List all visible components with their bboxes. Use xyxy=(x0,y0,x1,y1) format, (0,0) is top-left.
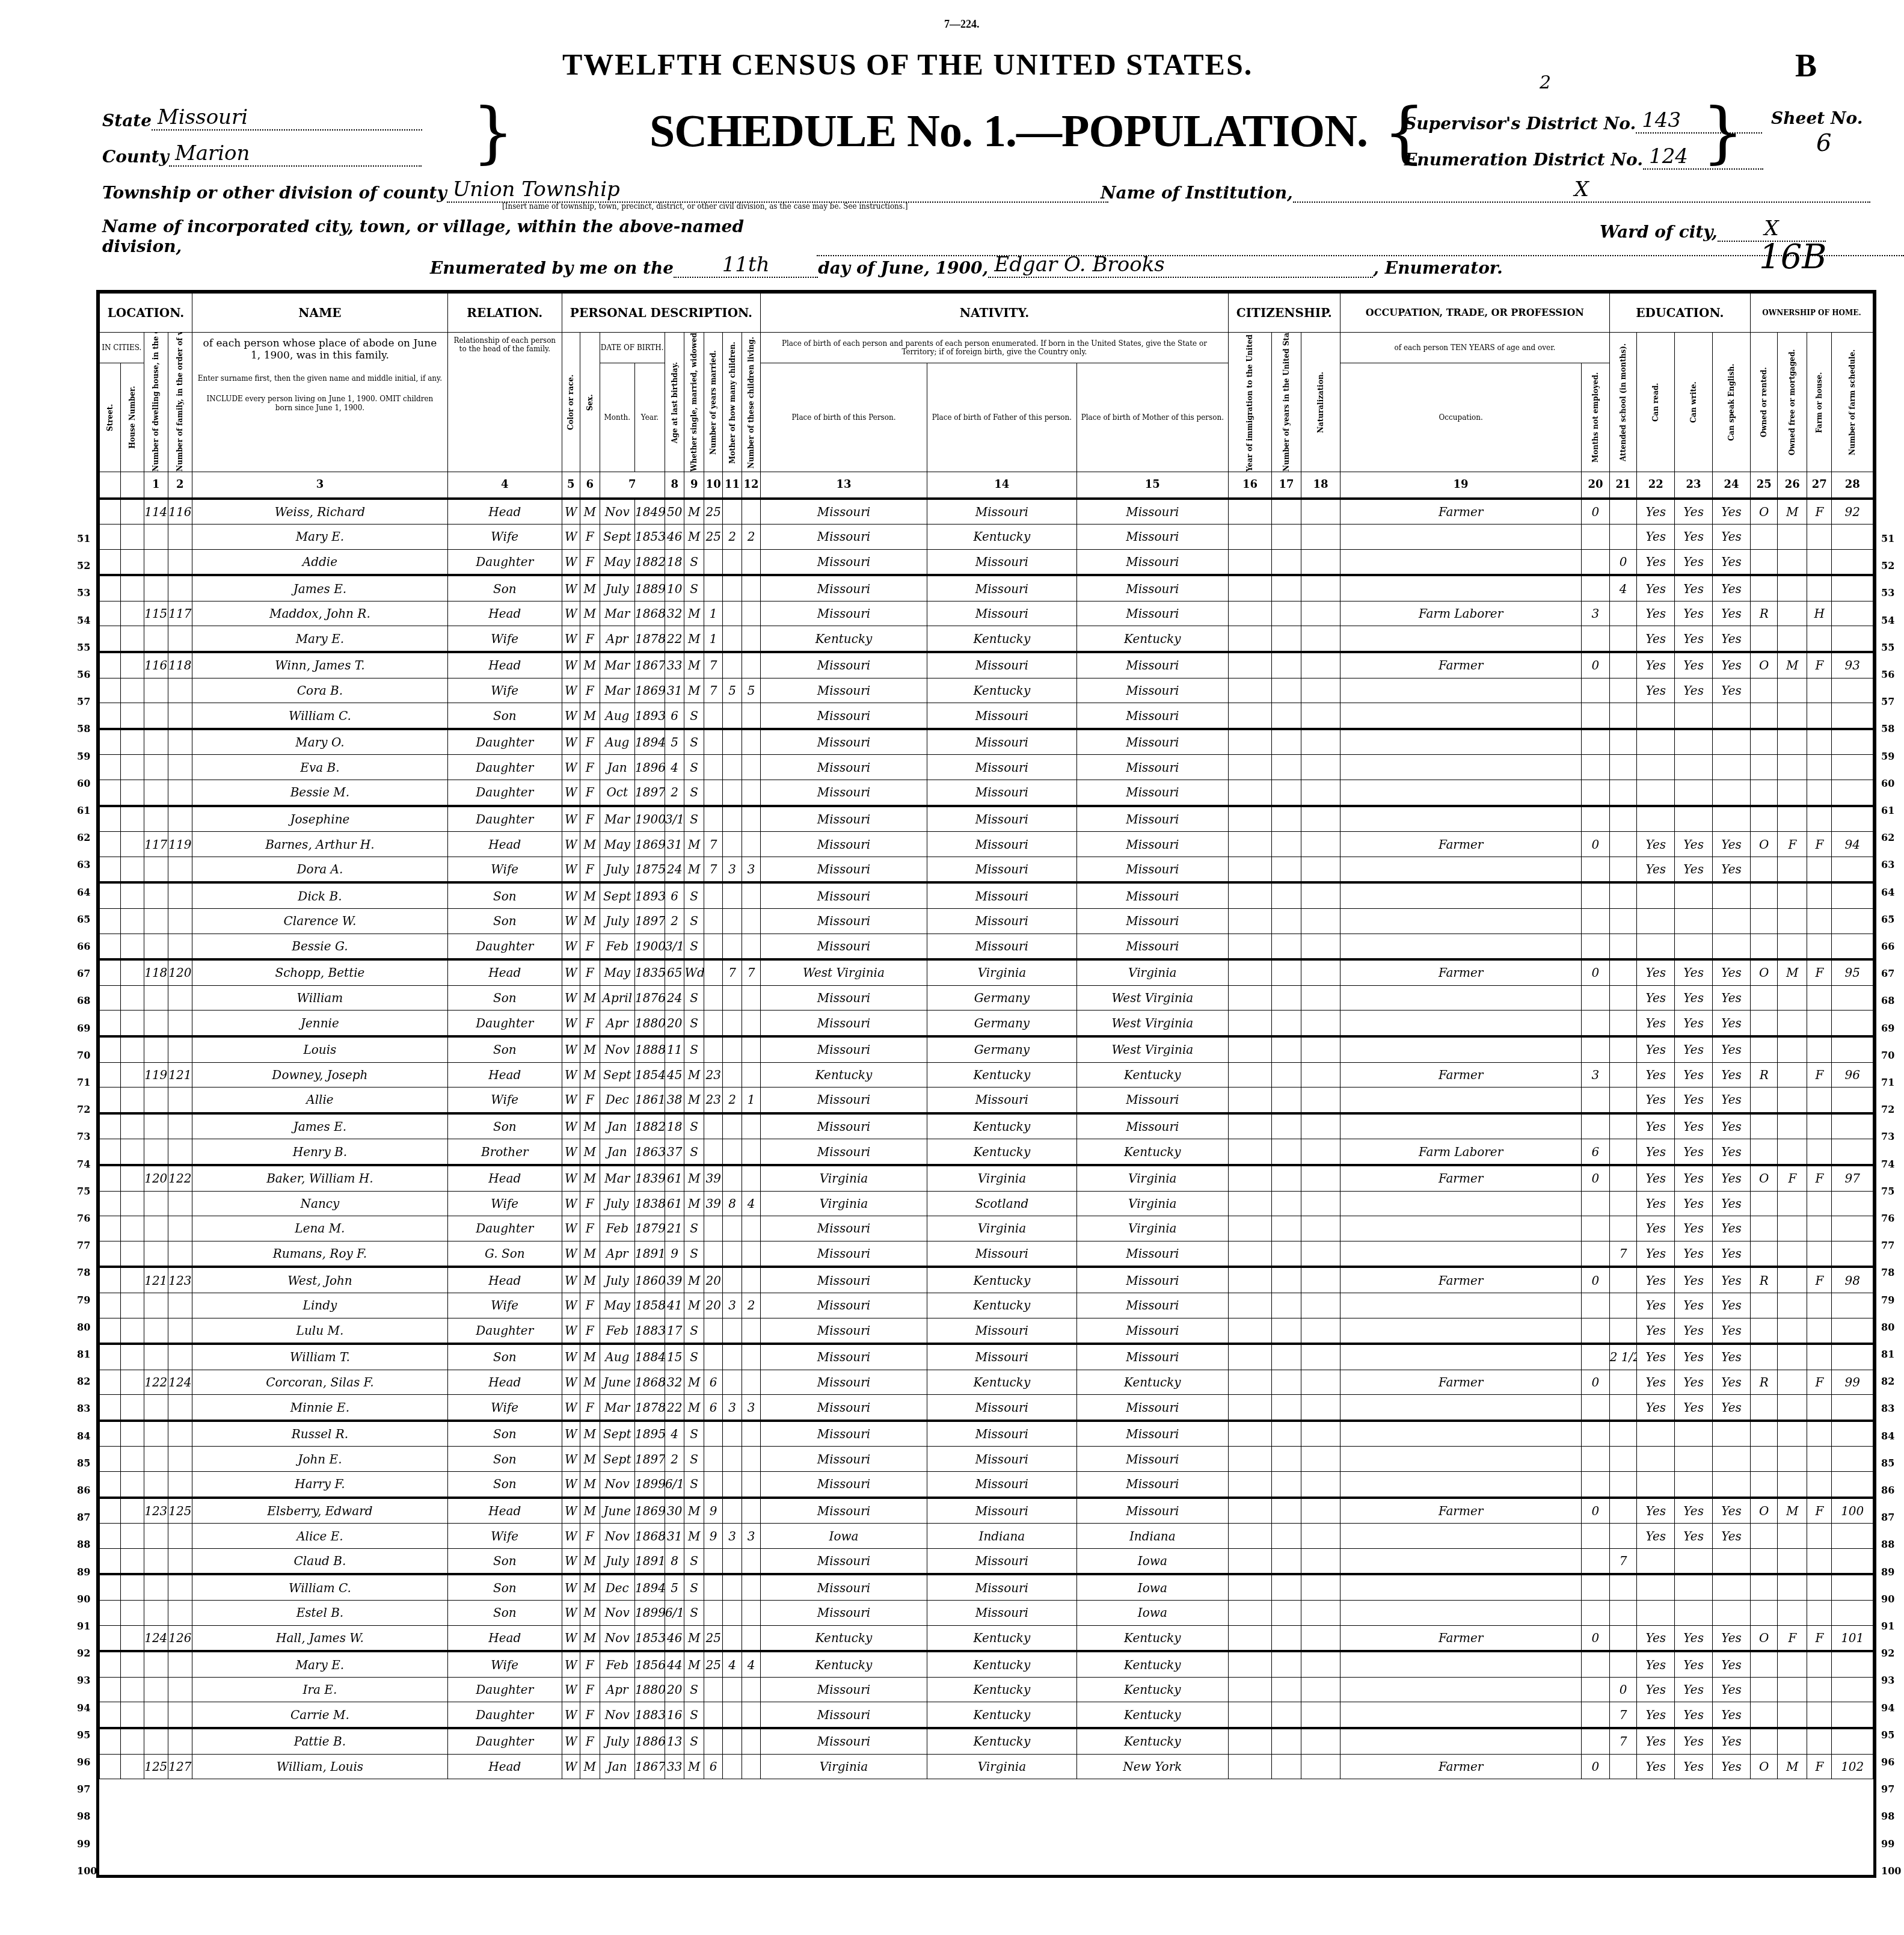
cell-school xyxy=(1609,1036,1637,1062)
cell-name: Lena M. xyxy=(192,1216,447,1241)
cell-sex: F xyxy=(580,1087,600,1113)
cell-occupation: Farm Laborer xyxy=(1340,1139,1582,1165)
cell-sex: F xyxy=(580,549,600,575)
cell-read: Yes xyxy=(1637,1191,1675,1216)
cell-owned xyxy=(1750,1601,1778,1626)
line-number: 69 xyxy=(77,1023,90,1034)
cell-family xyxy=(168,525,192,550)
cell-house xyxy=(120,525,144,550)
cell-years-married: 1 xyxy=(704,601,722,626)
cell-years-us xyxy=(1272,909,1301,934)
cell-mother-birth: Missouri xyxy=(1077,806,1229,832)
cell-relation: Head xyxy=(447,1370,562,1395)
cell-immigration xyxy=(1228,499,1272,525)
cell-occupation xyxy=(1340,1113,1582,1139)
cell-sex: M xyxy=(580,1625,600,1651)
cell-age: 3/12 xyxy=(665,806,684,832)
cell-farm: F xyxy=(1807,1498,1832,1524)
cell-dwelling xyxy=(144,780,168,806)
cell-read: Yes xyxy=(1637,1216,1675,1241)
cell-mortgage xyxy=(1778,780,1807,806)
cell-farm xyxy=(1807,1472,1832,1498)
cell-occupation xyxy=(1340,780,1582,806)
cell-mother-of xyxy=(723,1370,742,1395)
cell-months-unemployed xyxy=(1582,1241,1610,1267)
cell-immigration xyxy=(1228,806,1272,832)
cell-mother-birth: Kentucky xyxy=(1077,1651,1229,1677)
cell-immigration xyxy=(1228,832,1272,857)
cell-immigration xyxy=(1228,1651,1272,1677)
table-row: Henry B.BrotherWMJan186337SMissouriKentu… xyxy=(100,1139,1873,1165)
cell-sex: M xyxy=(580,1601,600,1626)
cell-naturalization xyxy=(1301,1113,1340,1139)
cell-color: W xyxy=(562,1216,580,1241)
cell-owned xyxy=(1750,1191,1778,1216)
cell-color: W xyxy=(562,1754,580,1779)
cell-birth: Missouri xyxy=(761,1011,927,1036)
cell-farm: F xyxy=(1807,1165,1832,1191)
cell-years-married: 20 xyxy=(704,1267,722,1293)
cell-year: 1838 xyxy=(635,1191,665,1216)
cell-school xyxy=(1609,832,1637,857)
cell-years-us xyxy=(1272,678,1301,703)
cell-mortgage: M xyxy=(1778,1498,1807,1524)
line-number: 66 xyxy=(77,941,90,952)
cell-school xyxy=(1609,1293,1637,1318)
cell-write: Yes xyxy=(1675,1395,1713,1421)
cell-name: Bessie M. xyxy=(192,780,447,806)
col-11-label: Mother of how many children. xyxy=(728,333,737,472)
cell-marital: M xyxy=(684,1370,704,1395)
cell-age: 37 xyxy=(665,1139,684,1165)
cell-years-us xyxy=(1272,1139,1301,1165)
cell-mother-of xyxy=(723,1625,742,1651)
cell-occupation xyxy=(1340,985,1582,1011)
cell-house xyxy=(120,1344,144,1370)
cell-marital: S xyxy=(684,1011,704,1036)
cell-school xyxy=(1609,1395,1637,1421)
cell-school xyxy=(1609,1574,1637,1600)
cell-english: Yes xyxy=(1713,1677,1751,1702)
cell-mother-of xyxy=(723,1728,742,1754)
cell-marital: S xyxy=(684,882,704,908)
cell-birth: Missouri xyxy=(761,1472,927,1498)
cell-sex: F xyxy=(580,678,600,703)
line-number: 55 xyxy=(1881,642,1894,653)
cell-schedule xyxy=(1832,882,1873,908)
cell-years-us xyxy=(1272,601,1301,626)
cell-house xyxy=(120,1165,144,1191)
line-number: 68 xyxy=(1881,995,1894,1006)
line-number: 79 xyxy=(77,1294,90,1306)
cell-read: Yes xyxy=(1637,1524,1675,1549)
cell-name: Clarence W. xyxy=(192,909,447,934)
cell-school xyxy=(1609,1318,1637,1344)
cell-mortgage xyxy=(1778,1395,1807,1421)
cell-dwelling xyxy=(144,1318,168,1344)
cell-marital: S xyxy=(684,1574,704,1600)
cell-family xyxy=(168,1677,192,1702)
cell-school xyxy=(1609,1139,1637,1165)
cell-mother-of xyxy=(723,1113,742,1139)
cell-family xyxy=(168,678,192,703)
cell-relation: Daughter xyxy=(447,1318,562,1344)
cell-family: 126 xyxy=(168,1625,192,1651)
cell-years-married xyxy=(704,1728,722,1754)
cell-occupation xyxy=(1340,934,1582,959)
cell-father-birth: Missouri xyxy=(927,549,1076,575)
table-row: Cora B.WifeWFMar186931M755MissouriKentuc… xyxy=(100,678,1873,703)
cell-relation: Son xyxy=(447,1574,562,1600)
cell-read: Yes xyxy=(1637,1498,1675,1524)
cell-name: Dick B. xyxy=(192,882,447,908)
cell-marital: M xyxy=(684,1267,704,1293)
cell-birth: Missouri xyxy=(761,1344,927,1370)
cell-street xyxy=(100,832,121,857)
cell-year: 1894 xyxy=(635,729,665,755)
cell-family: 116 xyxy=(168,499,192,525)
cell-family: 120 xyxy=(168,959,192,985)
cell-owned xyxy=(1750,1447,1778,1472)
cell-owned xyxy=(1750,703,1778,729)
cell-school xyxy=(1609,1267,1637,1293)
table-row: Bessie M.DaughterWFOct18972SMissouriMiss… xyxy=(100,780,1873,806)
cell-color: W xyxy=(562,1548,580,1574)
cell-occupation: Farmer xyxy=(1340,1625,1582,1651)
cell-months-unemployed xyxy=(1582,1601,1610,1626)
cell-naturalization xyxy=(1301,525,1340,550)
table-row: Ira E.DaughterWFApr188020SMissouriKentuc… xyxy=(100,1677,1873,1702)
cell-father-birth: Missouri xyxy=(927,909,1076,934)
cell-years-married xyxy=(704,1113,722,1139)
day-value: 11th xyxy=(674,253,818,278)
cell-dwelling: 117 xyxy=(144,832,168,857)
line-number: 95 xyxy=(1881,1729,1894,1741)
cell-living xyxy=(742,1754,760,1779)
cell-relation: Head xyxy=(447,1498,562,1524)
cell-school xyxy=(1609,985,1637,1011)
cell-name: Lindy xyxy=(192,1293,447,1318)
cell-schedule: 95 xyxy=(1832,959,1873,985)
sheet-field: Sheet No. xyxy=(1771,108,1863,128)
cell-school xyxy=(1609,934,1637,959)
cell-living xyxy=(742,934,760,959)
col-8-label: Age at last birthday. xyxy=(671,333,679,472)
cell-farm xyxy=(1807,1421,1832,1447)
cell-farm xyxy=(1807,729,1832,755)
cell-month: Nov xyxy=(600,1036,635,1062)
cell-birth: Kentucky xyxy=(761,1062,927,1087)
cell-sex: F xyxy=(580,1318,600,1344)
cell-years-us xyxy=(1272,1728,1301,1754)
cell-english: Yes xyxy=(1713,575,1751,601)
cell-english: Yes xyxy=(1713,601,1751,626)
table-row: WilliamSonWMApril187624SMissouriGermanyW… xyxy=(100,985,1873,1011)
cell-marital: S xyxy=(684,549,704,575)
cell-birth: Missouri xyxy=(761,1036,927,1062)
cell-farm xyxy=(1807,806,1832,832)
cell-write xyxy=(1675,780,1713,806)
cell-naturalization xyxy=(1301,1472,1340,1498)
cell-owned xyxy=(1750,1293,1778,1318)
cell-sex: M xyxy=(580,1113,600,1139)
cell-street xyxy=(100,1677,121,1702)
cell-color: W xyxy=(562,1702,580,1728)
cell-school: 0 xyxy=(1609,549,1637,575)
day-suffix-label: day of June, 1900, xyxy=(818,258,988,278)
line-number: 63 xyxy=(77,859,90,870)
cell-months-unemployed xyxy=(1582,1574,1610,1600)
cell-name: Josephine xyxy=(192,806,447,832)
line-number: 64 xyxy=(1881,887,1894,898)
cell-father-birth: Kentucky xyxy=(927,1113,1076,1139)
census-title: TWELFTH CENSUS OF THE UNITED STATES. xyxy=(562,47,1253,82)
cell-school xyxy=(1609,1625,1637,1651)
cell-naturalization xyxy=(1301,575,1340,601)
cell-months-unemployed xyxy=(1582,1677,1610,1702)
cell-year: 1860 xyxy=(635,1267,665,1293)
cell-occupation xyxy=(1340,1677,1582,1702)
cell-house xyxy=(120,857,144,882)
cell-farm xyxy=(1807,1139,1832,1165)
cell-schedule xyxy=(1832,1574,1873,1600)
table-row: 125127William, LouisHeadWMJan186733M6Vir… xyxy=(100,1754,1873,1779)
group-ownership: OWNERSHIP OF HOME. xyxy=(1750,294,1873,333)
cell-mother-of xyxy=(723,755,742,780)
cell-street xyxy=(100,1370,121,1395)
cell-mother-birth: Missouri xyxy=(1077,549,1229,575)
cell-relation: Head xyxy=(447,499,562,525)
cell-schedule xyxy=(1832,1293,1873,1318)
cell-naturalization xyxy=(1301,1548,1340,1574)
cell-mother-of: 3 xyxy=(723,1293,742,1318)
cell-naturalization xyxy=(1301,1216,1340,1241)
cell-color: W xyxy=(562,575,580,601)
cell-occupation xyxy=(1340,882,1582,908)
cell-age: 45 xyxy=(665,1062,684,1087)
cell-relation: Daughter xyxy=(447,780,562,806)
table-row: Dora A.WifeWFJuly187524M733MissouriMisso… xyxy=(100,857,1873,882)
cell-family: 121 xyxy=(168,1062,192,1087)
cell-name: Bessie G. xyxy=(192,934,447,959)
cell-birth: Missouri xyxy=(761,575,927,601)
line-number: 79 xyxy=(1881,1294,1894,1306)
cell-month: Feb xyxy=(600,1216,635,1241)
cell-sex: M xyxy=(580,575,600,601)
cell-birth: Kentucky xyxy=(761,626,927,652)
cell-read: Yes xyxy=(1637,1651,1675,1677)
cell-age: 18 xyxy=(665,549,684,575)
cell-living xyxy=(742,549,760,575)
cell-year: 1869 xyxy=(635,1498,665,1524)
cell-color: W xyxy=(562,857,580,882)
cell-family xyxy=(168,1293,192,1318)
line-number: 75 xyxy=(77,1186,90,1197)
cell-name: Winn, James T. xyxy=(192,652,447,678)
table-row: Estel B.SonWMNov18996/12SMissouriMissour… xyxy=(100,1601,1873,1626)
cell-read: Yes xyxy=(1637,1267,1675,1293)
cell-years-married xyxy=(704,1318,722,1344)
group-location: LOCATION. xyxy=(100,294,192,333)
cell-schedule: 93 xyxy=(1832,652,1873,678)
cell-marital: M xyxy=(684,1165,704,1191)
cell-immigration xyxy=(1228,1036,1272,1062)
cell-year: 1897 xyxy=(635,909,665,934)
cell-color: W xyxy=(562,652,580,678)
cell-schedule xyxy=(1832,1472,1873,1498)
cell-mother-of xyxy=(723,549,742,575)
cell-months-unemployed: 0 xyxy=(1582,1267,1610,1293)
cell-birth: Virginia xyxy=(761,1191,927,1216)
cell-dwelling xyxy=(144,549,168,575)
cell-age: 22 xyxy=(665,626,684,652)
cell-father-birth: Missouri xyxy=(927,1395,1076,1421)
cell-mortgage xyxy=(1778,1113,1807,1139)
cell-father-birth: Kentucky xyxy=(927,1702,1076,1728)
cell-relation: Wife xyxy=(447,1395,562,1421)
cell-occupation xyxy=(1340,703,1582,729)
cell-mortgage: F xyxy=(1778,1165,1807,1191)
cell-house xyxy=(120,1241,144,1267)
line-number: 85 xyxy=(77,1457,90,1469)
cell-years-married xyxy=(704,1011,722,1036)
cell-year: 1854 xyxy=(635,1062,665,1087)
cell-living xyxy=(742,1062,760,1087)
enumerated-label: Enumerated by me on the xyxy=(430,258,674,278)
cell-mother-birth: Missouri xyxy=(1077,1267,1229,1293)
cell-living xyxy=(742,985,760,1011)
cell-mother-of xyxy=(723,1216,742,1241)
cell-street xyxy=(100,1447,121,1472)
cell-schedule xyxy=(1832,857,1873,882)
cell-read xyxy=(1637,1574,1675,1600)
cell-name: Harry F. xyxy=(192,1472,447,1498)
cell-name: Russel R. xyxy=(192,1421,447,1447)
cell-occupation xyxy=(1340,1728,1582,1754)
line-number: 84 xyxy=(77,1430,90,1442)
cell-occupation: Farmer xyxy=(1340,1165,1582,1191)
cell-farm xyxy=(1807,1395,1832,1421)
cell-occupation: Farmer xyxy=(1340,832,1582,857)
cell-year: 1896 xyxy=(635,755,665,780)
cell-english: Yes xyxy=(1713,1062,1751,1087)
cell-marital: S xyxy=(684,1677,704,1702)
table-row: 124126Hall, James W.HeadWMNov185346M25Ke… xyxy=(100,1625,1873,1651)
cell-age: 30 xyxy=(665,1498,684,1524)
cell-occupation xyxy=(1340,1702,1582,1728)
cell-farm xyxy=(1807,1728,1832,1754)
cell-house xyxy=(120,1087,144,1113)
cell-street xyxy=(100,959,121,985)
colnum-9: 9 xyxy=(684,472,704,499)
line-number: 71 xyxy=(77,1077,90,1088)
cell-birth: Missouri xyxy=(761,1216,927,1241)
cell-school xyxy=(1609,499,1637,525)
cell-owned xyxy=(1750,525,1778,550)
cell-dwelling: 120 xyxy=(144,1165,168,1191)
cell-marital: S xyxy=(684,806,704,832)
cell-house xyxy=(120,601,144,626)
cell-occupation xyxy=(1340,1472,1582,1498)
line-number: 52 xyxy=(77,560,90,571)
table-row: James E.SonWMJuly188910SMissouriMissouri… xyxy=(100,575,1873,601)
cell-naturalization xyxy=(1301,909,1340,934)
cell-sex: F xyxy=(580,1216,600,1241)
cell-owned: R xyxy=(1750,1062,1778,1087)
table-row: James E.SonWMJan188218SMissouriKentuckyM… xyxy=(100,1113,1873,1139)
cell-street xyxy=(100,1011,121,1036)
cell-months-unemployed xyxy=(1582,1524,1610,1549)
cell-farm xyxy=(1807,549,1832,575)
cell-house xyxy=(120,909,144,934)
cell-age: 61 xyxy=(665,1191,684,1216)
cell-mother-birth: Missouri xyxy=(1077,1293,1229,1318)
cell-write xyxy=(1675,729,1713,755)
col-21-label: Attended school (in months). xyxy=(1619,333,1627,472)
cell-year: 1882 xyxy=(635,549,665,575)
table-row: 121123West, JohnHeadWMJuly186039M20Misso… xyxy=(100,1267,1873,1293)
cell-age: 33 xyxy=(665,1754,684,1779)
cell-farm: F xyxy=(1807,832,1832,857)
line-number: 51 xyxy=(1881,533,1894,544)
cell-years-married: 7 xyxy=(704,832,722,857)
cell-mother-of xyxy=(723,1548,742,1574)
line-number: 86 xyxy=(77,1484,90,1496)
cell-write: Yes xyxy=(1675,652,1713,678)
cell-owned xyxy=(1750,1728,1778,1754)
col-18-label: Naturalization. xyxy=(1316,333,1325,472)
cell-dwelling: 114 xyxy=(144,499,168,525)
cell-father-birth: Missouri xyxy=(927,1318,1076,1344)
cell-occupation: Farmer xyxy=(1340,1370,1582,1395)
cell-immigration xyxy=(1228,1421,1272,1447)
cell-write: Yes xyxy=(1675,1139,1713,1165)
cell-house xyxy=(120,1318,144,1344)
cell-occupation xyxy=(1340,1574,1582,1600)
cell-schedule xyxy=(1832,549,1873,575)
cell-family: 124 xyxy=(168,1370,192,1395)
cell-english xyxy=(1713,882,1751,908)
cell-farm: H xyxy=(1807,601,1832,626)
cell-relation: Wife xyxy=(447,1293,562,1318)
cell-mortgage xyxy=(1778,1241,1807,1267)
cell-name: Claud B. xyxy=(192,1548,447,1574)
cell-age: 46 xyxy=(665,1625,684,1651)
supervisor-annotation: 2 xyxy=(1540,72,1551,93)
cell-family xyxy=(168,1087,192,1113)
cell-school xyxy=(1609,1421,1637,1447)
cell-living xyxy=(742,1677,760,1702)
col-17-label: Number of years in the United States. xyxy=(1282,333,1291,472)
cell-years-married: 25 xyxy=(704,525,722,550)
cell-birth: Missouri xyxy=(761,1087,927,1113)
cell-mother-of xyxy=(723,934,742,959)
line-number: 51 xyxy=(77,533,90,544)
cell-owned xyxy=(1750,1677,1778,1702)
cell-sex: F xyxy=(580,1702,600,1728)
cell-mother-of xyxy=(723,652,742,678)
cell-school xyxy=(1609,1472,1637,1498)
cell-english: Yes xyxy=(1713,1395,1751,1421)
table-row: 120122Baker, William H.HeadWMMar183961M3… xyxy=(100,1165,1873,1191)
cell-relation: Wife xyxy=(447,1191,562,1216)
cell-immigration xyxy=(1228,959,1272,985)
cell-years-married: 7 xyxy=(704,857,722,882)
cell-write xyxy=(1675,909,1713,934)
cell-owned xyxy=(1750,780,1778,806)
cell-relation: Son xyxy=(447,1036,562,1062)
cell-naturalization xyxy=(1301,1498,1340,1524)
